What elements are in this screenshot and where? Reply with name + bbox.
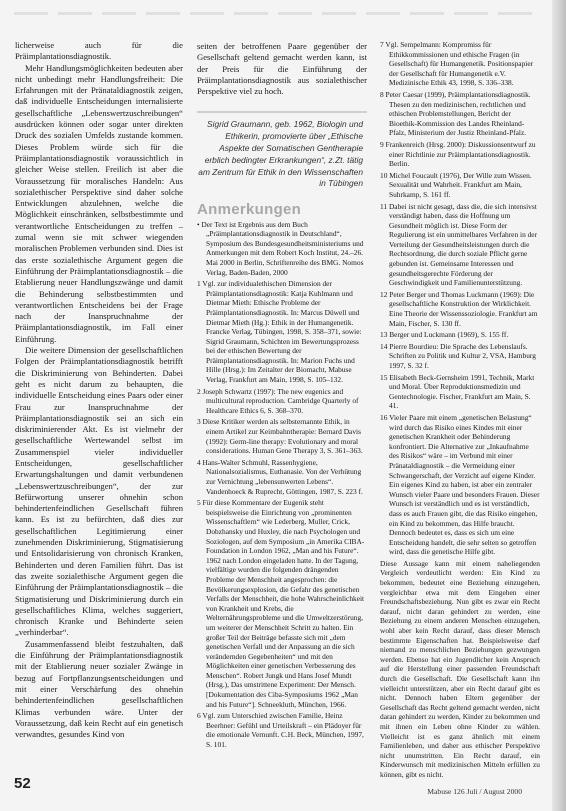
footnote: 4 Hans-Walter Schmuhl, Rassenhygiene, Na… bbox=[197, 458, 367, 496]
footnote: 8 Peter Caesar (1999), Präimplantationsd… bbox=[380, 90, 540, 138]
footnote: 14 Pierre Bourdieu: Die Sprache des Lebe… bbox=[380, 342, 540, 371]
body-paragraph: Zusammenfassend bleibt festzuhalten, daß… bbox=[15, 639, 183, 741]
author-bio: Sigrid Graumann, geb. 1962, Biologin und… bbox=[197, 119, 367, 190]
footer-source: Mabuse 126 Juli / August 2000 bbox=[427, 787, 522, 796]
footnote: 2 Joseph Schwartz (1997): The new eugeni… bbox=[197, 387, 367, 416]
footnote: 11 Dabei ist nicht gesagt, dass die, die… bbox=[380, 202, 540, 288]
body-paragraph: Mehr Handlungsmöglichkeiten bedeuten abe… bbox=[15, 63, 183, 345]
page-edge-shadow bbox=[552, 0, 566, 811]
footnote: 3 Diese Kritiker werden als selbsternann… bbox=[197, 417, 367, 455]
footnote: 6 Vgl. zum Unterschied zwischen Familie,… bbox=[197, 711, 367, 749]
footnote: 15 Elisabeth Beck-Gernsheim 1991, Techni… bbox=[380, 373, 540, 411]
footnote: 10 Michel Foucault (1976), Der Wille zum… bbox=[380, 171, 540, 200]
footnote: 7 Vgl. Sempelmann: Kompromiss für Ethikk… bbox=[380, 40, 540, 88]
body-paragraph: Die weitere Dimension der gesellschaftli… bbox=[15, 345, 183, 639]
journal-page: licherweise auch für die Präimplantation… bbox=[0, 0, 552, 811]
body-column-1: licherweise auch für die Präimplantation… bbox=[15, 40, 183, 740]
page-number: 52 bbox=[14, 775, 31, 792]
footnote: 1 Vgl. zur individualethischen Dimension… bbox=[197, 279, 367, 385]
header-rule bbox=[14, 12, 534, 15]
footnote: 16 Vieler Paare mit einem „genetischen B… bbox=[380, 413, 540, 557]
bio-divider bbox=[197, 111, 367, 113]
body-paragraph: licherweise auch für die Präimplantation… bbox=[15, 40, 183, 63]
notes-column-3: 7 Vgl. Sempelmann: Kompromiss für Ethikk… bbox=[380, 40, 540, 782]
footnote: 5 Für diese Kommentare der Eugenik steht… bbox=[197, 498, 367, 709]
footnote: • Der Text ist Ergebnis aus dem Buch „Pr… bbox=[197, 220, 367, 278]
footnote: 13 Berger und Luckmann (1969), S. 155 ff… bbox=[380, 330, 540, 340]
body-column-2: seiten der betroffenen Paare gegenüber d… bbox=[197, 41, 367, 752]
notes-heading: Anmerkungen bbox=[197, 204, 367, 215]
footnote: 9 Frankenreich (Hrsg. 2000): Diskussions… bbox=[380, 140, 540, 169]
footnote-continuation: Diese Aussage kann mit einem naheliegend… bbox=[380, 559, 540, 780]
footnote: 12 Peter Berger und Thomas Luckmann (196… bbox=[380, 290, 540, 328]
body-paragraph: seiten der betroffenen Paare gegenüber d… bbox=[197, 41, 367, 97]
